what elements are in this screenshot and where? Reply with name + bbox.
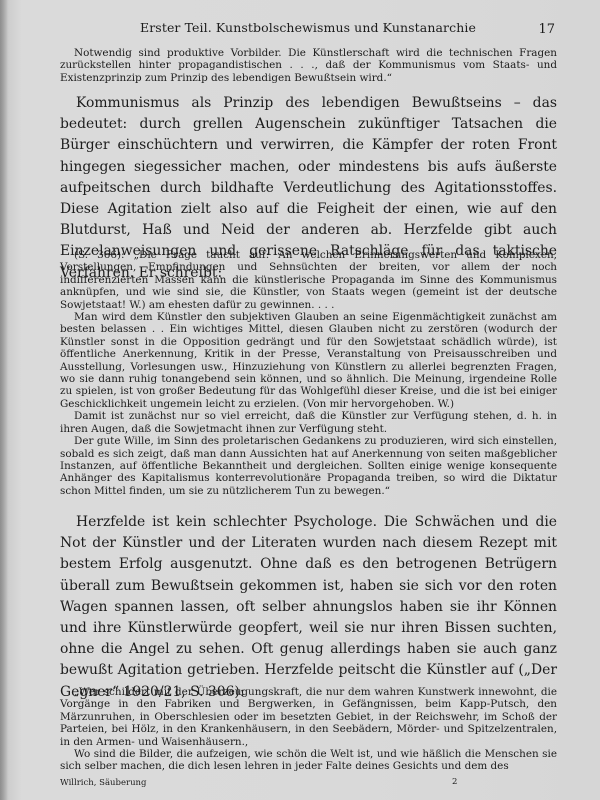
page-header: Erster Teil. Kunstbolschewismus und Kuns… — [60, 20, 555, 38]
quote-paragraph: Damit ist zunächst nur so viel erreicht,… — [60, 410, 557, 435]
running-title: Erster Teil. Kunstbolschewismus und Kuns… — [140, 20, 476, 35]
signature-mark: 2 — [452, 777, 457, 787]
signature-line: Willrich, Säuberung — [60, 778, 146, 788]
quote-paragraph: Wo sind die Bilder, die aufzeigen, wie s… — [60, 748, 557, 773]
page-number: 17 — [538, 22, 555, 37]
paragraph-body: Herzfelde ist kein schlechter Psychologe… — [60, 512, 557, 703]
paragraph-quote-end: Notwendig sind produktive Vorbilder. Die… — [60, 47, 557, 84]
body-paragraph-psychologe: Herzfelde ist kein schlechter Psychologe… — [60, 512, 557, 703]
quote-paragraph: Man wird dem Künstler den subjektiven Gl… — [60, 311, 557, 410]
block-quote-gegner: „Wer schildert mit der Überzeugungskraft… — [60, 686, 557, 773]
scanned-book-page: Erster Teil. Kunstbolschewismus und Kuns… — [0, 0, 600, 800]
quote-paragraph: Der gute Wille, im Sinn des proletarisch… — [60, 435, 557, 497]
quote-paragraph: (S. 366): „Die Frage taucht auf: An welc… — [60, 249, 557, 311]
quote-paragraph: „Wer schildert mit der Überzeugungskraft… — [60, 686, 557, 748]
block-quote-herzfelde: (S. 366): „Die Frage taucht auf: An welc… — [60, 249, 557, 497]
quote-continuation: Notwendig sind produktive Vorbilder. Die… — [60, 47, 557, 84]
